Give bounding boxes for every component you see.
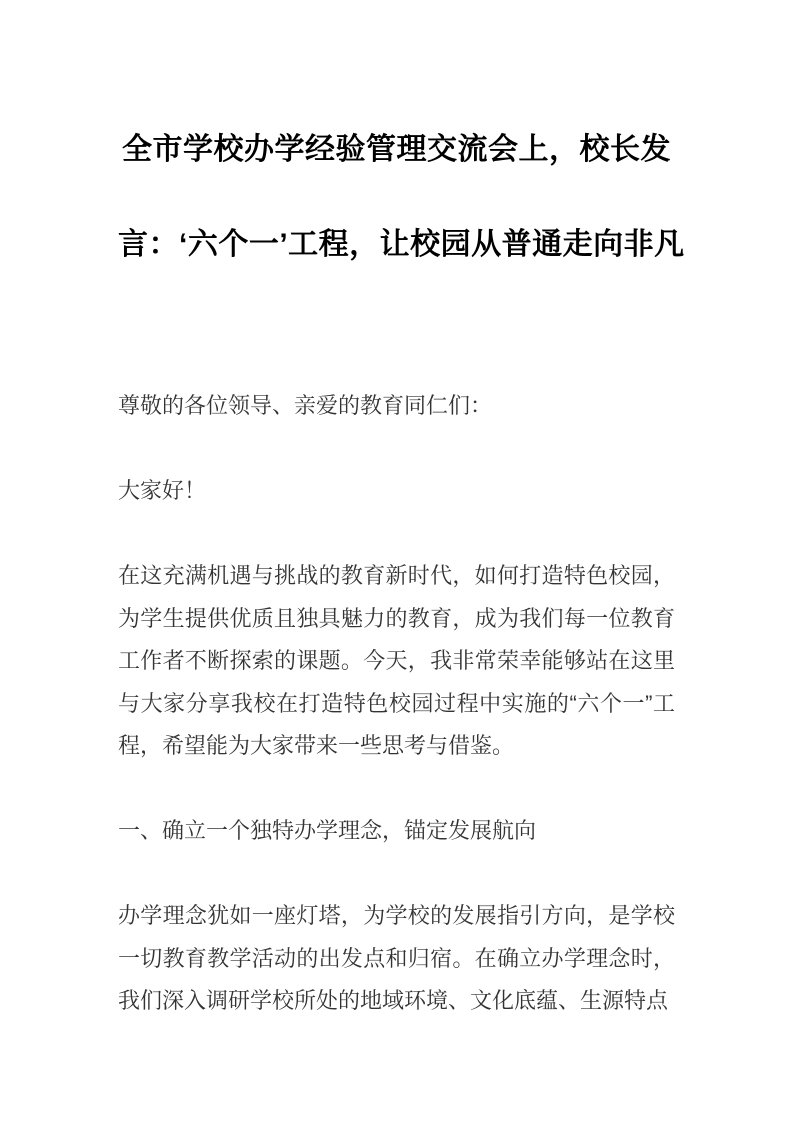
paragraph-greeting: 大家好！	[118, 470, 675, 513]
paragraph-salutation: 尊敬的各位领导、亲爱的教育同仁们：	[118, 385, 675, 428]
paragraph-section-one-body: 办学理念犹如一座灯塔，为学校的发展指引方向，是学校一切教育教学活动的出发点和归宿…	[118, 895, 675, 1023]
document-title-line-2: 言：‘六个一’工程，让校园从普通走向非凡	[118, 197, 675, 292]
document-page: 全市学校办学经验管理交流会上，校长发 言：‘六个一’工程，让校园从普通走向非凡 …	[0, 0, 793, 1122]
document-title-line-1: 全市学校办学经验管理交流会上，校长发	[118, 102, 675, 197]
paragraph-intro: 在这充满机遇与挑战的教育新时代，如何打造特色校园，为学生提供优质且独具魅力的教育…	[118, 555, 675, 768]
section-heading-one: 一、确立一个独特办学理念，锚定发展航向	[118, 810, 675, 853]
document-title: 全市学校办学经验管理交流会上，校长发 言：‘六个一’工程，让校园从普通走向非凡	[118, 102, 675, 292]
document-body: 尊敬的各位领导、亲爱的教育同仁们： 大家好！ 在这充满机遇与挑战的教育新时代，如…	[118, 385, 675, 1023]
